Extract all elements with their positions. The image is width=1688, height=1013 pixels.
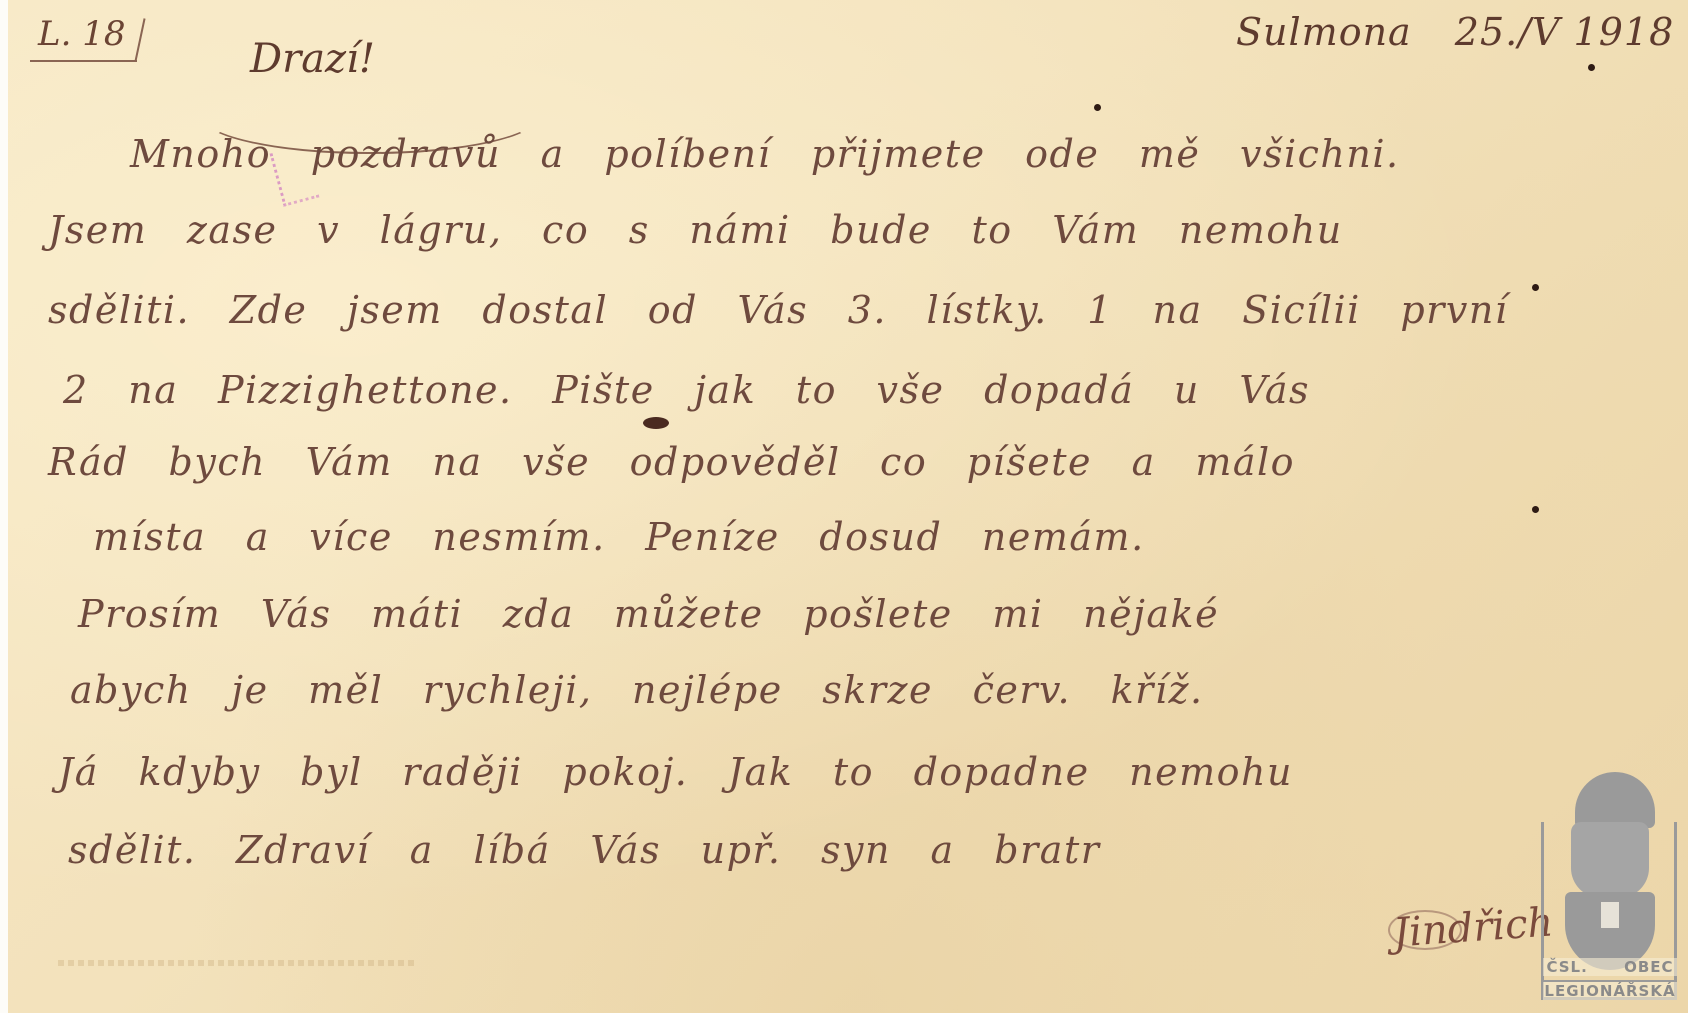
letter-line-9: Já kdyby byl raději pokoj. Jak to dopadn…	[58, 750, 1293, 794]
soldier-profile-icon	[1571, 822, 1649, 898]
letter-line-4: 2 na Pizzighettone. Pište jak to vše dop…	[63, 368, 1310, 412]
letter-line-5: Rád bych Vám na vše odpověděl co píšete …	[48, 440, 1295, 484]
watermark-text-line2: LEGIONÁŘSKÁ	[1543, 980, 1677, 1000]
ink-speck	[1532, 506, 1539, 513]
ink-speck	[1588, 64, 1595, 71]
postcard: L. 18 Sulmona 25./V 1918 Drazí! Mnoho po…	[8, 0, 1688, 1013]
watermark-text-line1: ČSL. OBEC	[1543, 958, 1677, 976]
faded-printed-line	[58, 960, 418, 966]
letter-line-2: Jsem zase v lágru, co s námi bude to Vám…	[48, 208, 1343, 252]
letter-line-3: sděliti. Zde jsem dostal od Vás 3. lístk…	[48, 288, 1508, 332]
watermark-obec: OBEC	[1624, 958, 1673, 976]
letter-body: Mnoho pozdravů a políbení přijmete ode m…	[8, 0, 1688, 1013]
ink-speck	[1532, 284, 1539, 291]
letter-line-7: Prosím Vás máti zda můžete pošlete mi ně…	[78, 592, 1219, 636]
csl-obec-legionarska-watermark: ČSL. OBEC LEGIONÁŘSKÁ	[1541, 772, 1681, 1008]
ink-speck	[1094, 104, 1101, 111]
double-cross-icon	[1601, 902, 1619, 928]
letter-line-1: Mnoho pozdravů a políbení přijmete ode m…	[130, 132, 1400, 176]
letter-line-10: sdělit. Zdraví a líbá Vás upř. syn a bra…	[68, 828, 1100, 872]
letter-line-8: abych je měl rychleji, nejlépe skrze čer…	[70, 668, 1204, 712]
soldier-helmet-icon	[1575, 772, 1655, 828]
ink-blot	[643, 417, 669, 429]
letter-line-6: místa a více nesmím. Peníze dosud nemám.	[93, 515, 1145, 559]
watermark-csl: ČSL.	[1546, 958, 1587, 976]
